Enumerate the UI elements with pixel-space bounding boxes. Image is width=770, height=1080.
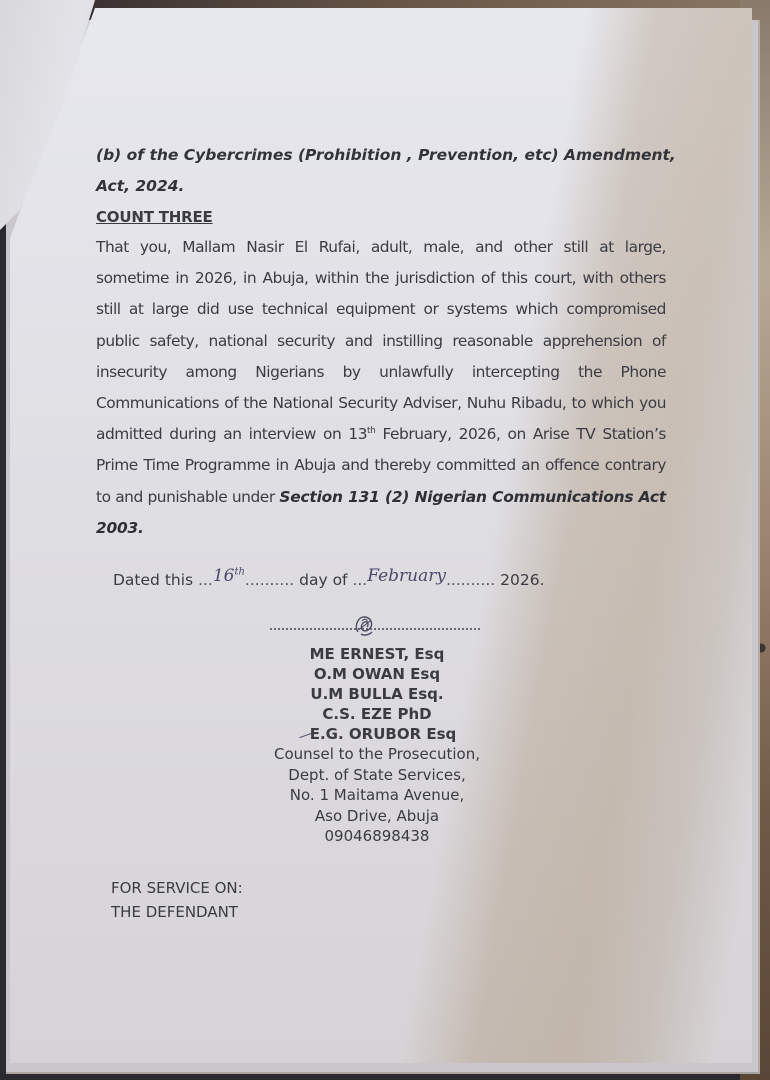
handwritten-day-number: 16 <box>213 566 235 586</box>
dated-line: Dated this ...16th.......... day of ...F… <box>113 570 545 590</box>
count-line: still at large did use technical equipme… <box>96 294 666 325</box>
counsel-name: C.S. EZE PhD <box>262 704 492 724</box>
service-label: FOR SERVICE ON: <box>111 876 243 900</box>
count-line: Communications of the National Security … <box>96 388 666 419</box>
dotted-fill: .......... <box>446 571 495 589</box>
document-body: (b) of the Cybercrimes (Prohibition , Pr… <box>96 140 666 544</box>
counsel-address-line: No. 1 Maitama Avenue, <box>262 785 492 806</box>
count-line-text: admitted during an interview on 13 <box>96 425 367 443</box>
count-line-text: to and punishable under <box>96 488 279 506</box>
count-paragraph: That you, Mallam Nasir El Rufai, adult, … <box>96 232 666 544</box>
statute-reference-year: 2003. <box>96 513 666 544</box>
count-line-text: February, 2026, on Arise TV Station’s <box>375 425 666 443</box>
count-line: That you, Mallam Nasir El Rufai, adult, … <box>96 232 666 263</box>
counsel-address-line: Dept. of State Services, <box>262 765 492 786</box>
count-line: to and punishable under Section 131 (2) … <box>96 482 666 513</box>
dated-year: 2026. <box>495 571 544 589</box>
preamble-line: (b) of the Cybercrimes (Prohibition , Pr… <box>96 140 666 171</box>
dotted-fill: .......... <box>245 571 294 589</box>
count-line: Prime Time Programme in Abuja and thereb… <box>96 450 666 481</box>
counsel-phone: 09046898438 <box>262 826 492 847</box>
handwritten-day-suffix: th <box>234 566 244 577</box>
dated-middle: day of <box>294 571 352 589</box>
preamble-line: Act, 2024. <box>96 171 666 202</box>
count-line: admitted during an interview on 13th Feb… <box>96 419 666 450</box>
count-line: insecurity among Nigerians by unlawfully… <box>96 357 666 388</box>
counsel-name: E.G. ORUBOR Esq <box>262 724 492 744</box>
counsel-name-text: E.G. ORUBOR Esq <box>310 725 457 743</box>
counsel-address-line: Aso Drive, Abuja <box>262 806 492 827</box>
counsel-name: U.M BULLA Esq. <box>262 684 492 704</box>
signature-icon <box>352 612 378 642</box>
handwritten-day: 16th <box>213 566 245 586</box>
count-line: sometime in 2026, in Abuja, within the j… <box>96 263 666 294</box>
counsel-block: ME ERNEST, Esq O.M OWAN Esq U.M BULLA Es… <box>262 644 492 847</box>
counsel-name: O.M OWAN Esq <box>262 664 492 684</box>
count-line: public safety, national security and ins… <box>96 326 666 357</box>
dated-prefix: Dated this <box>113 571 198 589</box>
count-heading: COUNT THREE <box>96 202 666 232</box>
dotted-fill: ... <box>198 571 213 589</box>
counsel-name: ME ERNEST, Esq <box>262 644 492 664</box>
service-recipient: THE DEFENDANT <box>111 900 243 924</box>
dotted-fill: ... <box>352 571 367 589</box>
statute-reference: Section 131 (2) Nigerian Communications … <box>279 488 666 506</box>
service-block: FOR SERVICE ON: THE DEFENDANT <box>111 876 243 924</box>
handwritten-month: February <box>367 566 446 586</box>
counsel-address-line: Counsel to the Prosecution, <box>262 744 492 765</box>
